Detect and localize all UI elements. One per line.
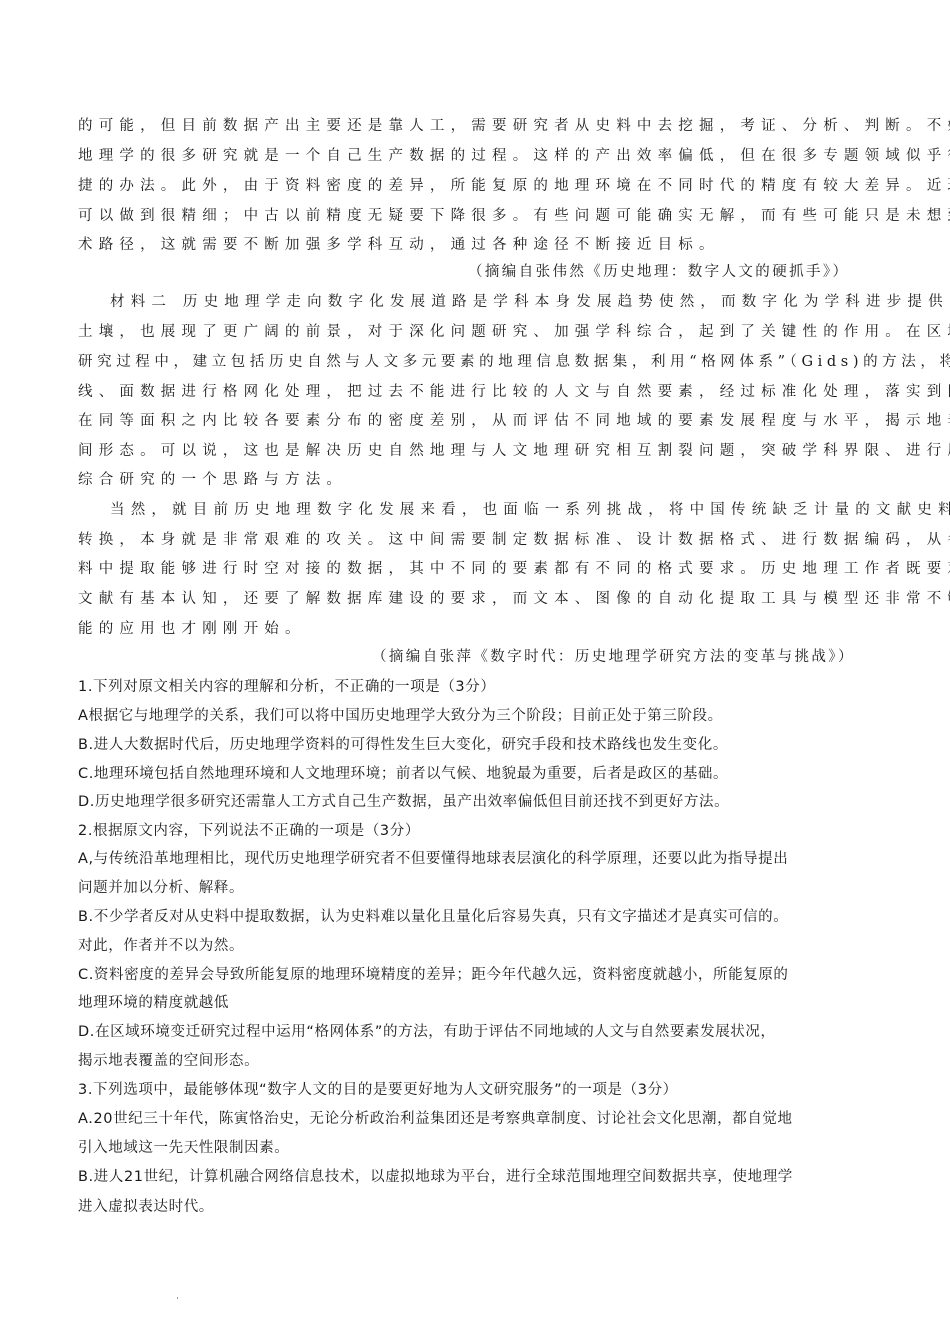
question-1-stem: 1.下列对原文相关内容的理解和分析，不正确的一项是（3分） bbox=[78, 677, 495, 697]
passage-line: 材料二 历史地理学走向数字化发展道路是学科本身发展趋势使然，而数字化为学科进步提… bbox=[110, 292, 950, 312]
passage-line: 料中提取能够进行时空对接的数据，其中不同的要素都有不同的格式要求。历史地理工作者… bbox=[78, 559, 950, 579]
passage-line: 的可能，但目前数据产出主要还是靠人工，需要研究者从史料中去挖掘，考证、分析、判断… bbox=[78, 116, 950, 136]
question-3-option-b: B.进人21世纪，计算机融合网络信息技术，以虚拟地球为平台，进行全球范围地理空间… bbox=[78, 1167, 793, 1187]
passage-line: 在同等面积之内比较各要素分布的密度差别，从而评估不同地域的要素发展程度与水平，揭… bbox=[78, 411, 950, 431]
question-2-stem: 2.根据原文内容，下列说法不正确的一项是（3分） bbox=[78, 821, 420, 841]
question-1-option-c: C.地理环境包括自然地理环境和人文地理环境；前者以气候、地貌最为重要，后者是政区… bbox=[78, 764, 728, 784]
passage-line: 当然，就目前历史地理数字化发展来看，也面临一系列挑战，将中国传统缺乏计量的文献史… bbox=[110, 500, 950, 520]
passage-line: 捷的办法。此外，由于资料密度的差异，所能复原的地理环境在不同时代的精度有较大差异… bbox=[78, 176, 950, 196]
scan-artifact-dot bbox=[177, 1297, 178, 1299]
question-1-option-d: D.历史地理学很多研究还需靠人工方式自己生产数据，虽产出效率偏低但目前还找不到更… bbox=[78, 792, 729, 812]
question-2-option-d-cont: 揭示地表覆盖的空间形态。 bbox=[78, 1051, 259, 1071]
question-3-option-a-cont: 引入地域这一先天性限制因素。 bbox=[78, 1138, 289, 1158]
attribution-1: （摘编自张伟然《历史地理：数字人文的硬抓手》） bbox=[468, 262, 849, 282]
passage-line: 研究过程中，建立包括历史自然与人文多元要素的地理信息数据集，利用“格网体系”（G… bbox=[78, 352, 950, 372]
passage-line: 线、面数据进行格网化处理，把过去不能进行比较的人文与自然要素，经过标准化处理，落… bbox=[78, 382, 950, 402]
question-1-option-b: B.进人大数据时代后，历史地理学资料的可得性发生巨大变化，研究手段和技术路线也发… bbox=[78, 735, 728, 755]
question-2-option-d: D.在区域环境变迁研究过程中运用“格网体系”的方法，有助于评估不同地域的人文与自… bbox=[78, 1022, 776, 1042]
passage-line: 间形态。可以说，这也是解决历史自然地理与人文地理研究相互割裂问题，突破学科界限、… bbox=[78, 441, 950, 461]
question-3-option-a: A.20世纪三十年代，陈寅恪治史，无论分析政治利益集团还是考察典章制度、讨论社会… bbox=[78, 1109, 793, 1129]
question-3-stem: 3.下列选项中，最能够体现“数字人文的目的是要更好地为人文研究服务”的一项是（3… bbox=[78, 1080, 678, 1100]
passage-line: 文献有基本认知，还要了解数据库建设的要求，而文本、图像的自动化提取工具与模型还非… bbox=[78, 589, 950, 609]
passage-line: 术路径，这就需要不断加强多学科互动，通过各种途径不断接近目标。 bbox=[78, 235, 720, 255]
passage-line: 土壤，也展现了更广阔的前景，对于深化问题研究、加强学科综合，起到了关键性的作用。… bbox=[78, 322, 950, 342]
question-2-option-a: A,与传统沿革地理相比，现代历史地理学研究者不但要懂得地球表层演化的科学原理，还… bbox=[78, 849, 788, 869]
passage-line: 能的应用也才刚刚开始。 bbox=[78, 619, 306, 639]
question-1-option-a: A根据它与地理学的关系，我们可以将中国历史地理学大致分为三个阶段；目前正处于第三… bbox=[78, 706, 723, 726]
question-2-option-b: B.不少学者反对从史料中提取数据，认为史料难以量化且量化后容易失真，只有文字描述… bbox=[78, 907, 788, 927]
attribution-2: （摘编自张萍《数字时代：历史地理学研究方法的变革与挑战》） bbox=[372, 647, 855, 667]
passage-line: 综合研究的一个思路与方法。 bbox=[78, 470, 347, 490]
passage-line: 转换，本身就是非常艰难的攻关。这中间需要制定数据标准、设计数据格式、进行数据编码… bbox=[78, 530, 950, 550]
passage-line: 地理学的很多研究就是一个自己生产数据的过程。这样的产出效率偏低，但在很多专题领域… bbox=[78, 146, 950, 166]
question-2-option-c-cont: 地理环境的精度就越低 bbox=[78, 993, 229, 1013]
question-2-option-a-cont: 问题并加以分析、解释。 bbox=[78, 878, 244, 898]
question-2-option-c: C.资料密度的差异会导致所能复原的地理环境精度的差异；距今年代越久远，资料密度就… bbox=[78, 965, 789, 985]
question-3-option-b-cont: 进入虚拟表达时代。 bbox=[78, 1197, 214, 1217]
passage-line: 可以做到很精细；中古以前精度无疑要下降很多。有些问题可能确实无解，而有些可能只是… bbox=[78, 206, 950, 226]
exam-page: 的可能，但目前数据产出主要还是靠人工，需要研究者从史料中去挖掘，考证、分析、判断… bbox=[0, 0, 950, 1344]
question-2-option-b-cont: 对此，作者并不以为然。 bbox=[78, 936, 244, 956]
